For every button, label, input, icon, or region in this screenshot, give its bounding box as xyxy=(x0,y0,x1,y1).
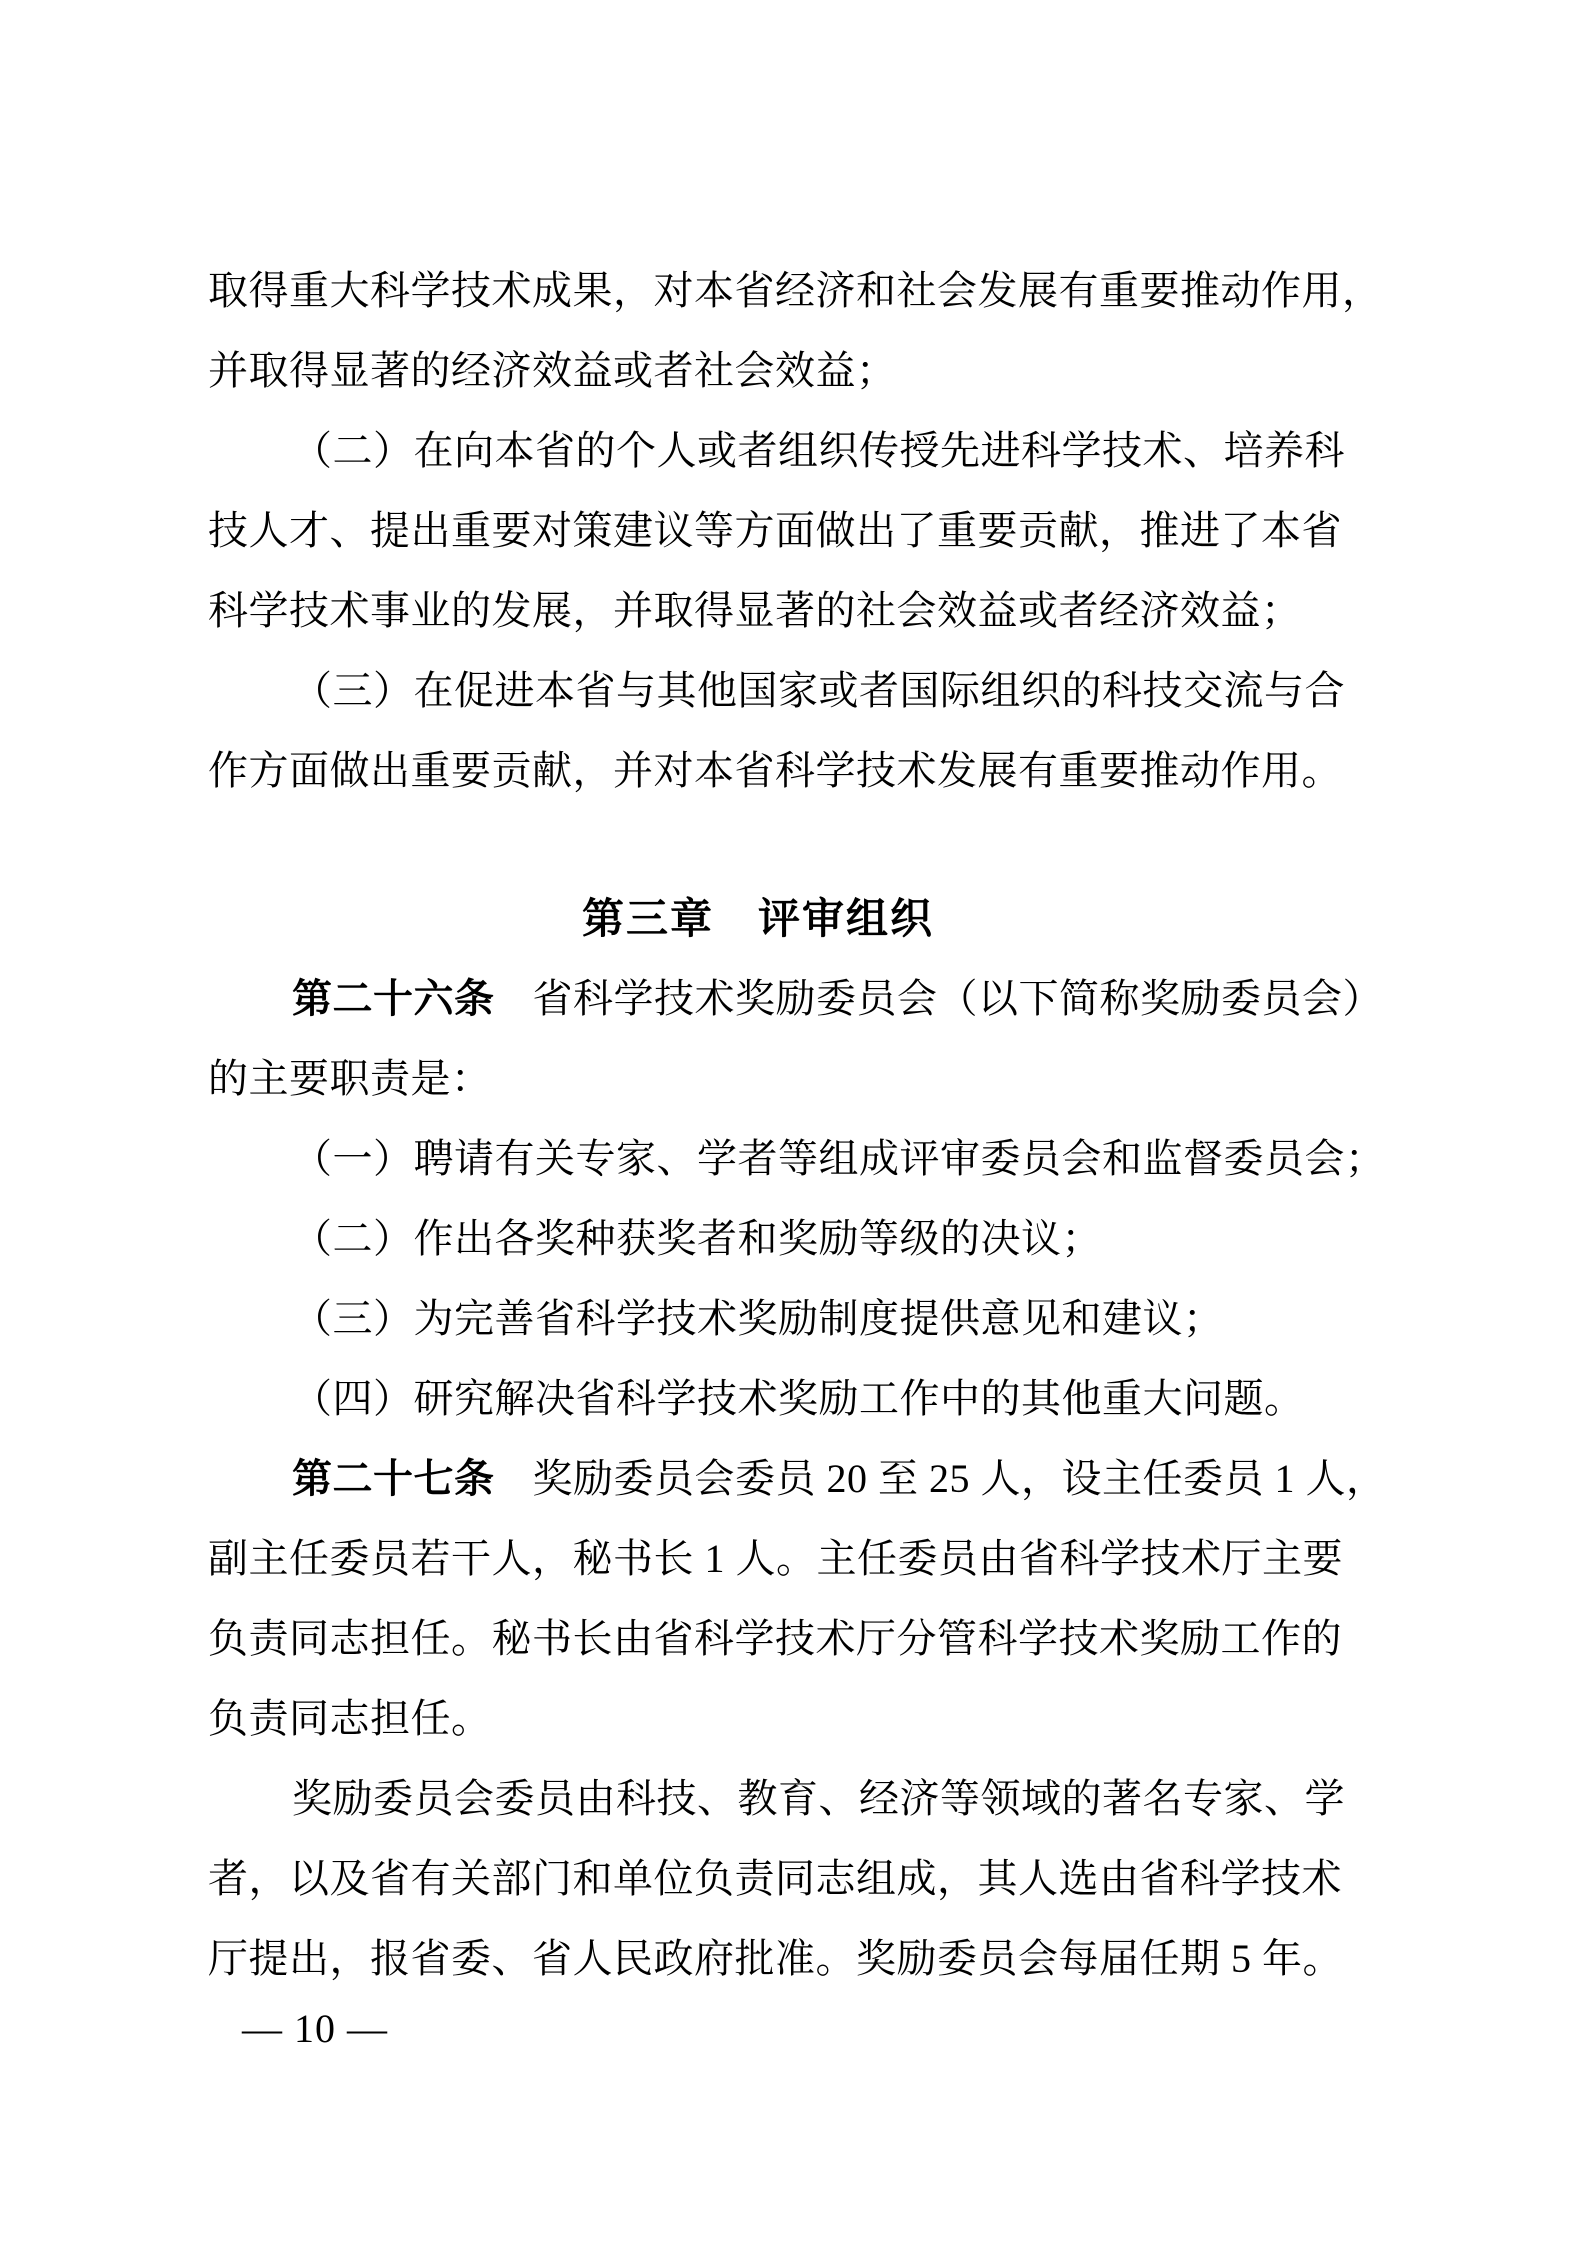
body-line: 取得重大科学技术成果，对本省经济和社会发展有重要推动作用， xyxy=(208,251,1386,331)
body-line: 第二十六条省科学技术奖励委员会（以下简称奖励委员会） xyxy=(208,959,1386,1039)
chapter-heading: 第三章 评审组织 xyxy=(208,879,1386,959)
document-page: 取得重大科学技术成果，对本省经济和社会发展有重要推动作用， 并取得显著的经济效益… xyxy=(0,0,1587,2245)
body-line: 并取得显著的经济效益或者社会效益； xyxy=(208,331,1386,411)
page-number: — 10 — xyxy=(242,1999,1387,2059)
body-line: 第二十七条奖励委员会委员 20 至 25 人，设主任委员 1 人， xyxy=(208,1439,1386,1519)
body-line: 副主任委员若干人，秘书长 1 人。主任委员由省科学技术厅主要 xyxy=(208,1519,1386,1599)
body-line: （四）研究解决省科学技术奖励工作中的其他重大问题。 xyxy=(208,1359,1386,1439)
article-text: 省科学技术奖励委员会（以下简称奖励委员会） xyxy=(533,976,1384,1021)
body-line: （二）在向本省的个人或者组织传授先进科学技术、培养科 xyxy=(208,411,1386,491)
article-text: 奖励委员会委员 20 至 25 人，设主任委员 1 人， xyxy=(533,1456,1387,1501)
body-line: 技人才、提出重要对策建议等方面做出了重要贡献，推进了本省 xyxy=(208,491,1386,571)
body-line: （一）聘请有关专家、学者等组成评审委员会和监督委员会； xyxy=(208,1119,1386,1199)
article-number: 第二十六条 xyxy=(292,977,495,1021)
body-line: 厅提出，报省委、省人民政府批准。奖励委员会每届任期 5 年。 xyxy=(208,1919,1386,1999)
body-line: 奖励委员会委员由科技、教育、经济等领域的著名专家、学 xyxy=(208,1759,1386,1839)
article-number: 第二十七条 xyxy=(292,1457,495,1501)
body-line: 的主要职责是： xyxy=(208,1039,1386,1119)
body-line: 负责同志担任。 xyxy=(208,1679,1386,1759)
body-line: 者，以及省有关部门和单位负责同志组成，其人选由省科学技术 xyxy=(208,1839,1386,1919)
body-line: 科学技术事业的发展，并取得显著的社会效益或者经济效益； xyxy=(208,571,1386,651)
body-line: （三）为完善省科学技术奖励制度提供意见和建议； xyxy=(208,1279,1386,1359)
body-line: 作方面做出重要贡献，并对本省科学技术发展有重要推动作用。 xyxy=(208,731,1386,811)
body-line: （二）作出各奖种获奖者和奖励等级的决议； xyxy=(208,1199,1386,1279)
body-line: 负责同志担任。秘书长由省科学技术厅分管科学技术奖励工作的 xyxy=(208,1599,1386,1679)
body-line: （三）在促进本省与其他国家或者国际组织的科技交流与合 xyxy=(208,651,1386,731)
